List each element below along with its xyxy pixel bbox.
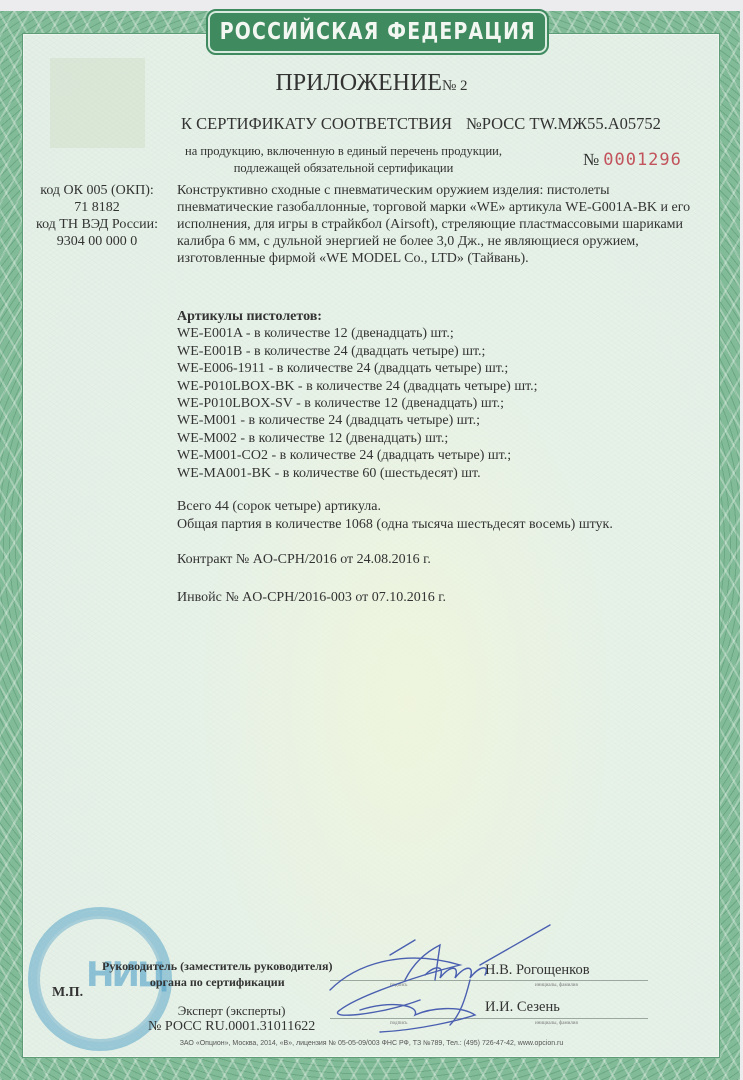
blank-number-value: 0001296 bbox=[603, 150, 682, 170]
article-item: WE-M001-CO2 - в количестве 24 (двадцать … bbox=[177, 447, 538, 464]
stamp-place-label: М.П. bbox=[52, 985, 83, 1001]
country-banner-text: РОССИЙСКАЯ ФЕДЕРАЦИЯ bbox=[219, 19, 535, 45]
expert-registration: № РОСС RU.0001.31011622 bbox=[148, 1019, 315, 1035]
certificate-number: №РОСС TW.МЖ55.А05752 bbox=[466, 114, 661, 133]
head-label-line-1: Руководитель (заместитель руководителя) bbox=[102, 958, 332, 974]
head-of-body-label: Руководитель (заместитель руководителя) … bbox=[102, 958, 332, 990]
article-item: WE-MA001-BK - в количестве 60 (шестьдеся… bbox=[177, 465, 538, 482]
article-item: WE-E001B - в количестве 24 (двадцать чет… bbox=[177, 343, 538, 360]
totals: Всего 44 (сорок четыре) артикула. Общая … bbox=[177, 498, 613, 534]
expert-title: Эксперт (эксперты) bbox=[148, 1003, 315, 1019]
certificate-reference: К СЕРТИФИКАТУ СООТВЕТСТВИЯ№РОСС TW.МЖ55.… bbox=[181, 114, 661, 134]
invoice-reference: Инвойс № AO-CPH/2016-003 от 07.10.2016 г… bbox=[177, 590, 446, 606]
articles-heading: Артикулы пистолетов: bbox=[177, 308, 538, 325]
article-item: WE-P010LBOX-BK - в количестве 24 (двадца… bbox=[177, 378, 538, 395]
contract-reference: Контракт № AO-CPH/2016 от 24.08.2016 г. bbox=[177, 552, 431, 568]
article-item: WE-P010LBOX-SV - в количестве 12 (двенад… bbox=[177, 395, 538, 412]
articles-total: Всего 44 (сорок четыре) артикула. bbox=[177, 498, 613, 516]
okp-value: 71 8182 bbox=[22, 199, 172, 216]
batch-total: Общая партия в количестве 1068 (одна тыс… bbox=[177, 516, 613, 534]
scope-line-2: подлежащей обязательной сертификации bbox=[185, 160, 502, 177]
certificate-label: К СЕРТИФИКАТУ СООТВЕТСТВИЯ bbox=[181, 114, 452, 133]
classification-codes: код ОК 005 (ОКП): 71 8182 код ТН ВЭД Рос… bbox=[22, 182, 172, 250]
handwritten-signature-icon bbox=[320, 920, 560, 1035]
product-scope: на продукцию, включенную в единый перече… bbox=[185, 143, 502, 177]
tnved-value: 9304 00 000 0 bbox=[22, 233, 172, 250]
country-banner: РОССИЙСКАЯ ФЕДЕРАЦИЯ bbox=[208, 11, 547, 53]
product-description: Конструктивно сходные с пневматическим о… bbox=[177, 182, 697, 267]
okp-label: код ОК 005 (ОКП): bbox=[22, 182, 172, 199]
blank-number-label: № bbox=[583, 150, 599, 169]
article-item: WE-E006-1911 - в количестве 24 (двадцать… bbox=[177, 360, 538, 377]
article-item: WE-M002 - в количестве 12 (двенадцать) ш… bbox=[177, 430, 538, 447]
blank-number: №0001296 bbox=[583, 150, 682, 170]
title-text: ПРИЛОЖЕНИЕ bbox=[275, 70, 442, 96]
article-item: WE-M001 - в количестве 24 (двадцать четы… bbox=[177, 412, 538, 429]
scope-line-1: на продукцию, включенную в единый перече… bbox=[185, 143, 502, 160]
title-number: № 2 bbox=[442, 78, 468, 94]
article-item: WE-E001A - в количестве 12 (двенадцать) … bbox=[177, 325, 538, 342]
document-title: ПРИЛОЖЕНИЕ№ 2 bbox=[0, 70, 743, 97]
tnved-label: код ТН ВЭД России: bbox=[22, 216, 172, 233]
articles-list: Артикулы пистолетов: WE-E001A - в количе… bbox=[177, 308, 538, 482]
expert-label: Эксперт (эксперты) № РОСС RU.0001.310116… bbox=[148, 1003, 315, 1035]
printer-imprint: ЗАО «Опцион», Москва, 2014, «В», лицензи… bbox=[0, 1040, 743, 1047]
head-label-line-2: органа по сертификации bbox=[102, 974, 332, 990]
